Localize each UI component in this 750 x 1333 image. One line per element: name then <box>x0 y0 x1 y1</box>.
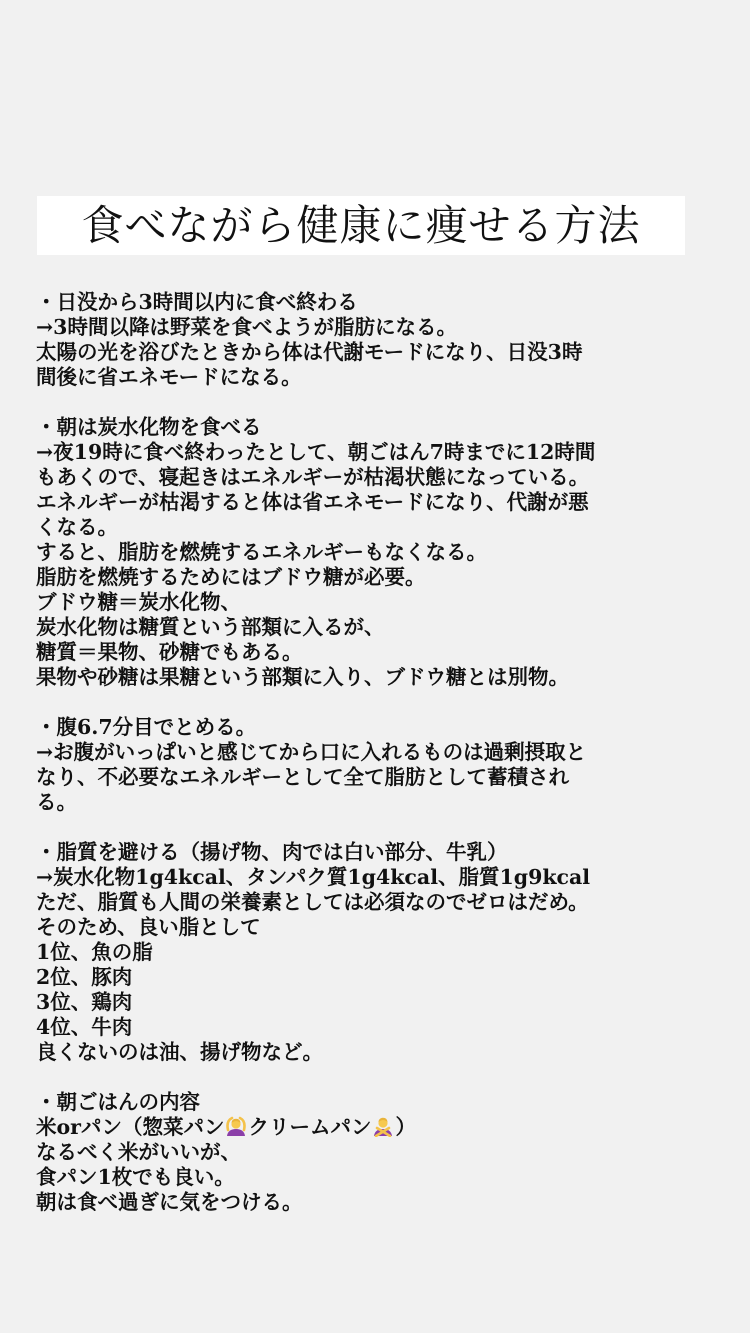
text-line: なるべく米がいいが、 <box>36 1140 696 1165</box>
text-line: 食パン1枚でも良い。 <box>36 1165 696 1190</box>
text-line: 間後に省エネモードになる。 <box>36 365 696 390</box>
person-gesturing-ok-icon <box>225 1115 247 1137</box>
text-fragment: クリームパン <box>248 1115 371 1139</box>
text-line: 糖質＝果物、砂糖でもある。 <box>36 640 696 665</box>
section-heading: ・脂質を避ける（揚げ物、肉では白い部分、牛乳） <box>36 840 696 865</box>
text-line: 太陽の光を浴びたときから体は代謝モードになり、日没3時 <box>36 340 696 365</box>
section-eat-before-sunset: ・日没から3時間以内に食べ終わる →3時間以降は野菜を食べようが脂肪になる。 太… <box>36 290 696 390</box>
section-morning-carbs: ・朝は炭水化物を食べる →夜19時に食べ終わったとして、朝ごはん7時までに12時… <box>36 415 696 690</box>
section-avoid-fat: ・脂質を避ける（揚げ物、肉では白い部分、牛乳） →炭水化物1g4kcal、タンパ… <box>36 840 696 1065</box>
text-line: →夜19時に食べ終わったとして、朝ごはん7時までに12時間 <box>36 440 696 465</box>
ranking-item: 1位、魚の脂 <box>36 940 696 965</box>
section-heading: ・朝ごはんの内容 <box>36 1090 696 1115</box>
text-line: エネルギーが枯渇すると体は省エネモードになり、代謝が悪 <box>36 490 696 515</box>
text-line: すると、脂肪を燃焼するエネルギーもなくなる。 <box>36 540 696 565</box>
article-body: ・日没から3時間以内に食べ終わる →3時間以降は野菜を食べようが脂肪になる。 太… <box>36 290 696 1240</box>
text-line: ブドウ糖＝炭水化物、 <box>36 590 696 615</box>
text-line: そのため、良い脂として <box>36 915 696 940</box>
text-line: ただ、脂質も人間の栄養素としては必須なのでゼロはだめ。 <box>36 890 696 915</box>
section-breakfast-contents: ・朝ごはんの内容 米orパン（惣菜パン クリームパン ） なるべく米がいいが、 … <box>36 1090 696 1215</box>
ranking-item: 4位、牛肉 <box>36 1015 696 1040</box>
text-line: 果物や砂糖は果糖という部類に入り、ブドウ糖とは別物。 <box>36 665 696 690</box>
ranking-item: 2位、豚肉 <box>36 965 696 990</box>
section-heading: ・腹6.7分目でとめる。 <box>36 715 696 740</box>
text-line: る。 <box>36 790 696 815</box>
text-line: →3時間以降は野菜を食べようが脂肪になる。 <box>36 315 696 340</box>
rice-or-bread-line: 米orパン（惣菜パン クリームパン ） <box>36 1115 696 1140</box>
ranking-item: 3位、鶏肉 <box>36 990 696 1015</box>
text-line: 脂肪を燃焼するためにはブドウ糖が必要。 <box>36 565 696 590</box>
section-heading: ・朝は炭水化物を食べる <box>36 415 696 440</box>
text-line: →炭水化物1g4kcal、タンパク質1g4kcal、脂質1g9kcal <box>36 865 696 890</box>
title-box: 食べながら健康に痩せる方法 <box>37 196 685 255</box>
text-line: もあくので、寝起きはエネルギーが枯渇状態になっている。 <box>36 465 696 490</box>
section-heading: ・日没から3時間以内に食べ終わる <box>36 290 696 315</box>
text-fragment: ） <box>395 1115 416 1139</box>
text-line: 炭水化物は糖質という部類に入るが、 <box>36 615 696 640</box>
text-line: なり、不必要なエネルギーとして全て脂肪として蓄積され <box>36 765 696 790</box>
text-line: くなる。 <box>36 515 696 540</box>
person-gesturing-no-icon <box>372 1115 394 1137</box>
section-stop-eating-early: ・腹6.7分目でとめる。 →お腹がいっぱいと感じてから口に入れるものは過剰摂取と… <box>36 715 696 815</box>
text-fragment: 米orパン（惣菜パン <box>36 1115 224 1139</box>
text-line: 朝は食べ過ぎに気をつける。 <box>36 1190 696 1215</box>
page-title: 食べながら健康に痩せる方法 <box>81 205 640 247</box>
text-line: 良くないのは油、揚げ物など。 <box>36 1040 696 1065</box>
text-line: →お腹がいっぱいと感じてから口に入れるものは過剰摂取と <box>36 740 696 765</box>
